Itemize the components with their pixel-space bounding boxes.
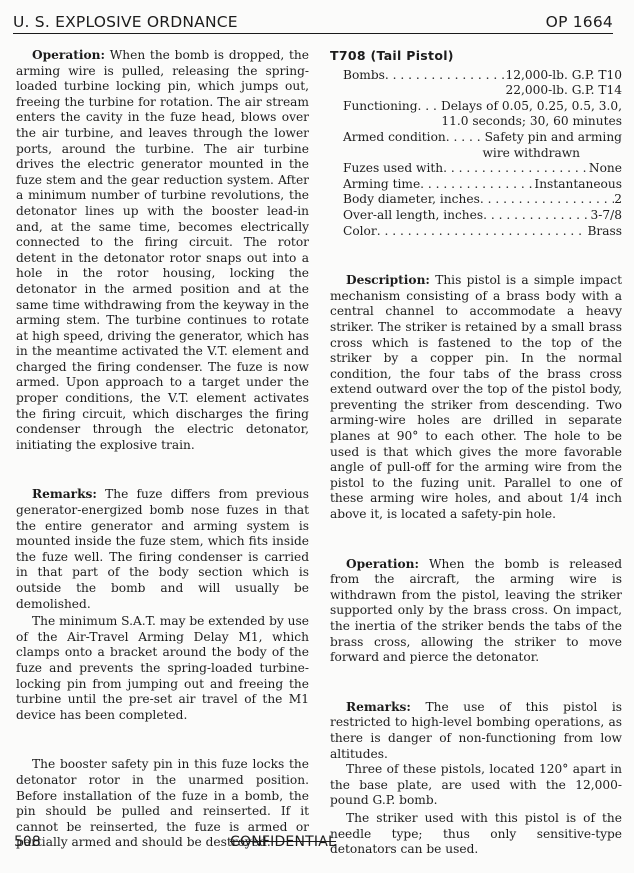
description-text: This pistol is a simple impact mechanism… xyxy=(330,273,622,521)
description-paragraph: Description: This pistol is a simple imp… xyxy=(330,273,622,523)
remarks-text: The fuze differs from previous generator… xyxy=(16,487,309,610)
page-number: 508 xyxy=(14,834,41,850)
spec-row-arming-time: Arming timeInstantaneous xyxy=(343,177,622,193)
operation-text: When the bomb is dropped, the arming wir… xyxy=(16,48,309,452)
spec-row-color: ColorBrass xyxy=(343,224,622,240)
spec-row-functioning-cont: 11.0 seconds; 30, 60 minutes xyxy=(343,114,622,130)
spec-row-bombs: Bombs12,000-lb. G.P. T10 xyxy=(343,68,622,84)
spec-row-overall-length: Over-all length, inches3-7/8 xyxy=(343,208,622,224)
remarks-label-right: Remarks: xyxy=(346,700,411,714)
operation-text-right: When the bomb is released from the aircr… xyxy=(330,557,622,665)
remarks-label: Remarks: xyxy=(32,487,97,501)
document-title: U. S. EXPLOSIVE ORDNANCE xyxy=(13,13,238,31)
right-column: T708 (Tail Pistol) Bombs12,000-lb. G.P. … xyxy=(330,48,622,858)
classification-mark: CONFIDENTIAL xyxy=(230,834,336,850)
spec-row-armed-condition-cont: wire withdrawn xyxy=(343,146,622,162)
operation-label-right: Operation: xyxy=(346,557,419,571)
description-label: Description: xyxy=(346,273,430,287)
remarks-paragraph-right: Remarks: The use of this pistol is restr… xyxy=(330,700,622,762)
operation-label: Operation: xyxy=(32,48,105,62)
document-number: OP 1664 xyxy=(546,13,613,31)
remarks-paragraph-2: The minimum S.A.T. may be extended by us… xyxy=(16,614,309,723)
spec-row-bombs-cont: 22,000-lb. G.P. T14 xyxy=(343,83,622,99)
left-column: Operation: When the bomb is dropped, the… xyxy=(16,48,309,851)
operation-paragraph-right: Operation: When the bomb is released fro… xyxy=(330,557,622,666)
spec-row-functioning: FunctioningDelays of 0.05, 0.25, 0.5, 3.… xyxy=(343,99,622,115)
remarks-paragraph-right-3: The striker used with this pistol is of … xyxy=(330,811,622,858)
spec-row-fuzes-used-with: Fuzes used withNone xyxy=(343,161,622,177)
remarks-paragraph: Remarks: The fuze differs from previous … xyxy=(16,487,309,612)
page-header: U. S. EXPLOSIVE ORDNANCE OP 1664 xyxy=(13,9,613,34)
spec-row-armed-condition: Armed conditionSafety pin and arming xyxy=(343,130,622,146)
section-title: T708 (Tail Pistol) xyxy=(330,48,622,64)
spec-row-body-diameter: Body diameter, inches2 xyxy=(343,192,622,208)
remarks-paragraph-right-2: Three of these pistols, located 120° apa… xyxy=(330,762,622,809)
spec-table: Bombs12,000-lb. G.P. T10 22,000-lb. G.P.… xyxy=(343,68,622,240)
operation-paragraph: Operation: When the bomb is dropped, the… xyxy=(16,48,309,453)
